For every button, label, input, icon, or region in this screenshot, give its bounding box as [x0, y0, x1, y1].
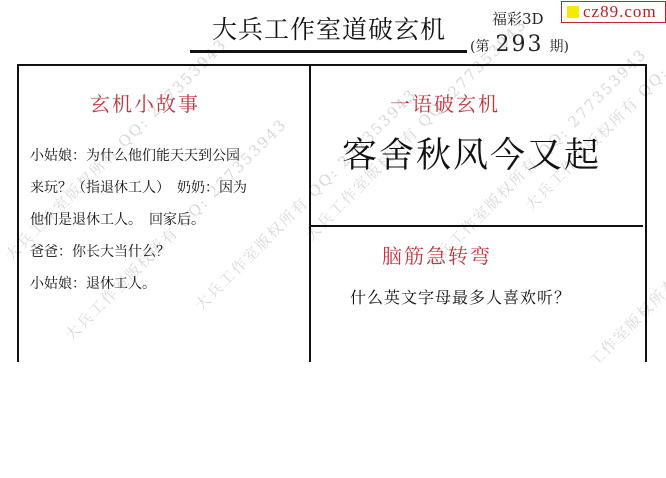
site-logo[interactable]: cz89.com: [561, 1, 666, 23]
story-line: 小姑娘：退休工人。: [30, 268, 305, 300]
story-line: 小姑娘：为什么他们能天天到公园: [30, 140, 305, 172]
issue-label: (第293期): [470, 32, 569, 57]
title-underline: [190, 50, 467, 53]
riddle-heading: 脑筋急转弯: [382, 240, 492, 269]
logo-square-icon: [567, 6, 579, 18]
issue-prefix: (第: [470, 39, 489, 55]
scanned-document: 大兵工作室版权所有 QQ: 277353943 大兵工作室版权所有 QQ: 27…: [0, 0, 666, 362]
story-line: 来玩？（指退休工人） 奶奶：因为: [30, 172, 305, 204]
horizontal-divider: [311, 225, 643, 227]
story-text: 小姑娘：为什么他们能天天到公园 来玩？（指退休工人） 奶奶：因为 他们是退休工人…: [30, 140, 305, 300]
hint-heading: 一语破玄机: [390, 88, 500, 117]
hint-text: 客舍秋风今又起: [342, 128, 601, 178]
logo-text: cz89.com: [583, 2, 657, 22]
story-heading: 玄机小故事: [90, 88, 200, 117]
riddle-text: 什么英文字母最多人喜欢听？: [350, 285, 571, 308]
story-line: 爸爸：你长大当什么？: [30, 236, 305, 268]
vertical-divider: [309, 64, 311, 362]
issue-number: 293: [495, 32, 543, 57]
story-line: 他们是退休工人。 回家后。: [30, 204, 305, 236]
issue-suffix: 期): [549, 39, 568, 55]
lottery-name: 福彩3D: [492, 8, 544, 29]
page-title: 大兵工作室道破玄机: [212, 10, 446, 46]
